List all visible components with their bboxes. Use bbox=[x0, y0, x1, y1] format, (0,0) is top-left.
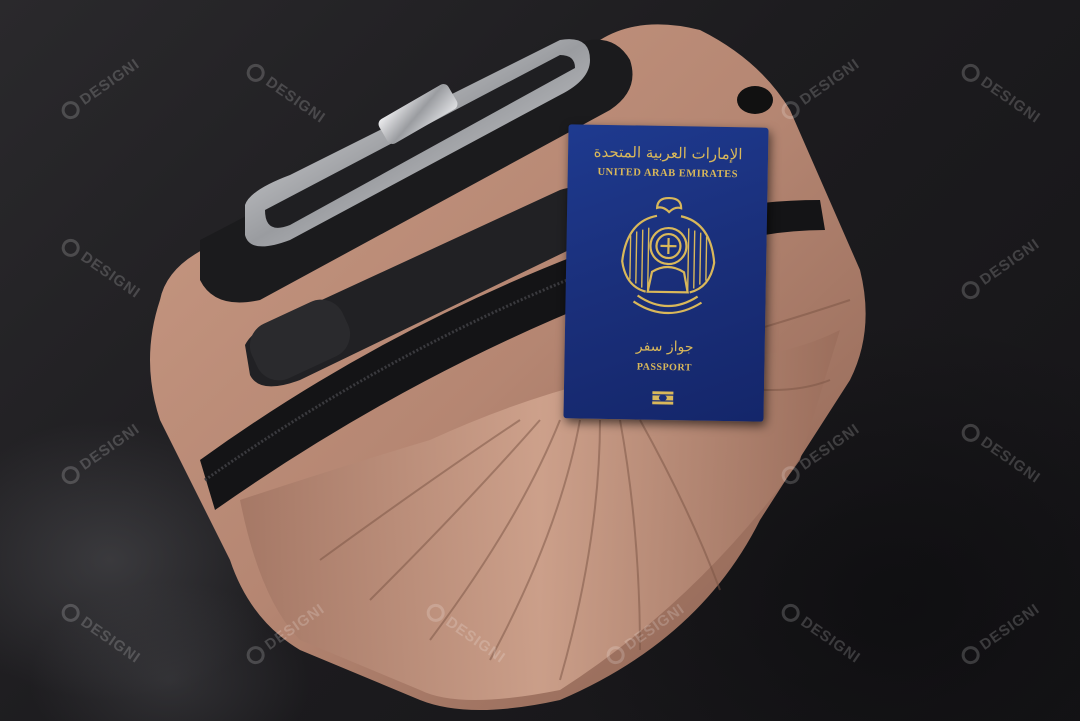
passport: الإمارات العربية المتحدة UNITED ARAB EMI… bbox=[563, 124, 768, 421]
passport-country: UNITED ARAB EMIRATES bbox=[568, 166, 768, 180]
passport-arabic-label: جواز سفر bbox=[565, 337, 765, 356]
passport-label: PASSPORT bbox=[564, 360, 764, 374]
suitcase bbox=[0, 0, 1080, 721]
biometric-chip-icon bbox=[652, 391, 674, 405]
passport-arabic-country: الإمارات العربية المتحدة bbox=[568, 142, 768, 163]
eagle-emblem-icon bbox=[615, 191, 721, 325]
